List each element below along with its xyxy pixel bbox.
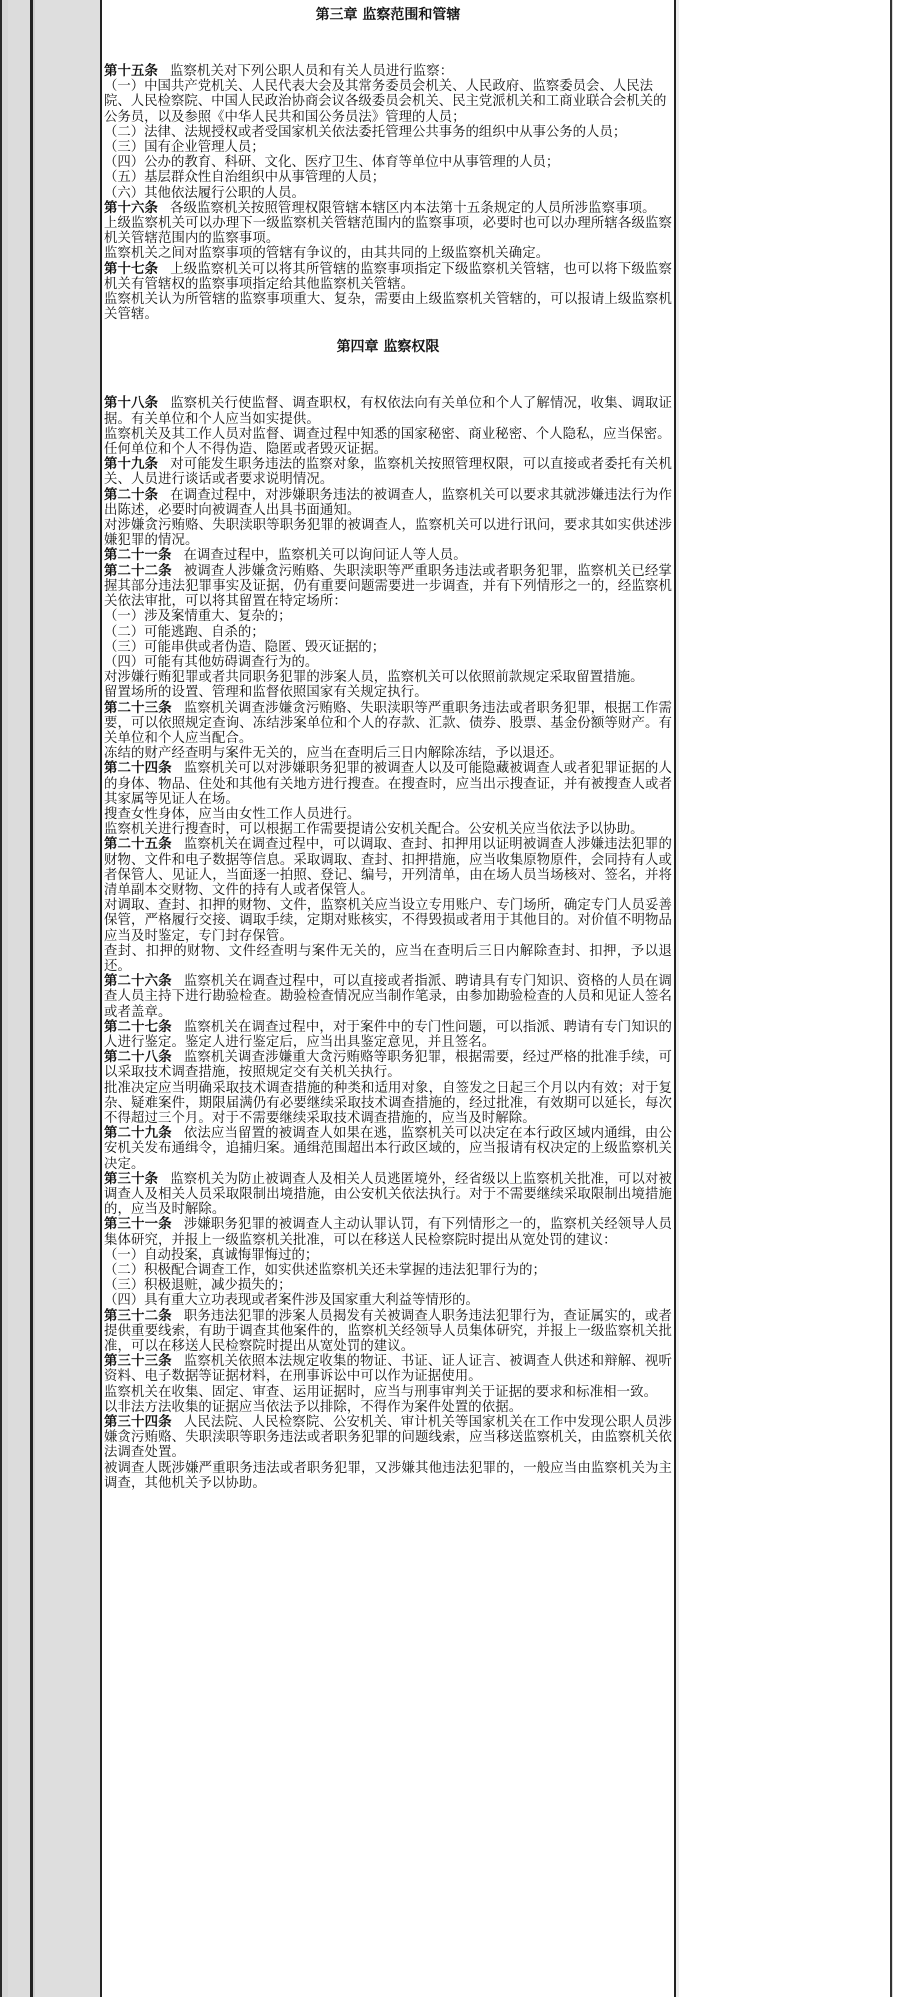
- article-text: 监察机关调查涉嫌贪污贿赂、失职渎职等严重职务违法或者职务犯罪，根据工作需要，可以…: [104, 701, 672, 746]
- article-paragraph: 第二十八条监察机关调查涉嫌重大贪污贿赂等职务犯罪，根据需要，经过严格的批准手续，…: [104, 1050, 672, 1080]
- article-text: 监察机关调查涉嫌重大贪污贿赂等职务犯罪，根据需要，经过严格的批准手续，可以采取技…: [104, 1050, 672, 1080]
- article-paragraph: 第二十六条监察机关在调查过程中，可以直接或者指派、聘请具有专门知识、资格的人员在…: [104, 974, 672, 1020]
- paragraph: 上级监察机关可以办理下一级监察机关管辖范围内的监察事项，必要时也可以办理所辖各级…: [104, 216, 672, 246]
- article-text: 监察机关可以对涉嫌职务犯罪的被调查人以及可能隐藏被调查人或者犯罪证据的人的身体、…: [104, 761, 672, 806]
- article-paragraph: 第十七条上级监察机关可以将其所管辖的监察事项指定下级监察机关管辖，也可以将下级监…: [104, 262, 672, 292]
- paragraph: 留置场所的设置、管理和监督依照国家有关规定执行。: [104, 685, 672, 700]
- chapter-title: 第三章 监察范围和管辖: [104, 4, 672, 26]
- paragraph: 监察机关进行搜查时，可以根据工作需要提请公安机关配合。公安机关应当依法予以协助。: [104, 822, 672, 837]
- paragraph: 监察机关之间对监察事项的管辖有争议的，由其共同的上级监察机关确定。: [104, 246, 672, 261]
- article-text: 职务违法犯罪的涉案人员揭发有关被调查人职务违法犯罪行为，查证属实的，或者提供重要…: [104, 1309, 672, 1354]
- right-edge: [892, 0, 900, 1997]
- list-item: （二）法律、法规授权或者受国家机关依法委托管理公共事务的组织中从事公务的人员；: [104, 125, 672, 140]
- article-paragraph: 第二十五条监察机关在调查过程中，可以调取、查封、扣押用以证明被调查人涉嫌违法犯罪…: [104, 837, 672, 898]
- paragraph: 批准决定应当明确采取技术调查措施的种类和适用对象，自签发之日起三个月以内有效；对…: [104, 1081, 672, 1127]
- paragraph: 查封、扣押的财物、文件经查明与案件无关的，应当在查明后三日内解除查封、扣押，予以…: [104, 944, 672, 974]
- list-item: （三）国有企业管理人员；: [104, 140, 672, 155]
- list-item: （三）积极退赃，减少损失的；: [104, 1278, 672, 1293]
- article-number: 第三十二条: [104, 1309, 172, 1324]
- chapter-body: 第十五条监察机关对下列公职人员和有关人员进行监察：（一）中国共产党机关、人民代表…: [104, 64, 672, 322]
- list-item: （二）可能逃跑、自杀的；: [104, 625, 672, 640]
- article-paragraph: 第二十九条依法应当留置的被调查人如果在逃，监察机关可以决定在本行政区域内通缉，由…: [104, 1126, 672, 1172]
- article-paragraph: 第三十二条职务违法犯罪的涉案人员揭发有关被调查人职务违法犯罪行为，查证属实的，或…: [104, 1309, 672, 1355]
- article-paragraph: 第二十条在调查过程中，对涉嫌职务违法的被调查人，监察机关可以要求其就涉嫌违法行为…: [104, 488, 672, 518]
- list-item: （一）涉及案情重大、复杂的；: [104, 609, 672, 624]
- chapter-title: 第四章 监察权限: [104, 336, 672, 358]
- article-number: 第二十三条: [104, 701, 172, 716]
- article-text: 上级监察机关可以将其所管辖的监察事项指定下级监察机关管辖，也可以将下级监察机关有…: [104, 262, 672, 292]
- article-number: 第十八条: [104, 396, 158, 411]
- paragraph: 搜查女性身体，应当由女性工作人员进行。: [104, 807, 672, 822]
- article-text: 人民法院、人民检察院、公安机关、审计机关等国家机关在工作中发现公职人员涉嫌贪污贿…: [104, 1415, 672, 1460]
- left-border-column: [0, 0, 8, 1997]
- list-item: （一）自动投案，真诚悔罪悔过的；: [104, 1248, 672, 1263]
- article-paragraph: 第二十四条监察机关可以对涉嫌职务犯罪的被调查人以及可能隐藏被调查人或者犯罪证据的…: [104, 761, 672, 807]
- article-paragraph: 第三十一条涉嫌职务犯罪的被调查人主动认罪认罚，有下列情形之一的，监察机关经领导人…: [104, 1217, 672, 1247]
- article-text: 在调查过程中，对涉嫌职务违法的被调查人，监察机关可以要求其就涉嫌违法行为作出陈述…: [104, 488, 672, 518]
- article-text: 监察机关在调查过程中，可以调取、查封、扣押用以证明被调查人涉嫌违法犯罪的财物、文…: [104, 837, 672, 898]
- article-number: 第二十六条: [104, 974, 172, 989]
- article-number: 第二十五条: [104, 837, 172, 852]
- list-item: （六）其他依法履行公职的人员。: [104, 186, 672, 201]
- paragraph: 对涉嫌贪污贿赂、失职渎职等职务犯罪的被调查人，监察机关可以进行讯问，要求其如实供…: [104, 518, 672, 548]
- paragraph: 监察机关在收集、固定、审查、运用证据时，应当与刑事审判关于证据的要求和标准相一致…: [104, 1385, 672, 1400]
- article-paragraph: 第十六条各级监察机关按照管理权限管辖本辖区内本法第十五条规定的人员所涉监察事项。: [104, 201, 672, 216]
- article-paragraph: 第十九条对可能发生职务违法的监察对象，监察机关按照管理权限，可以直接或者委托有关…: [104, 457, 672, 487]
- paragraph: 对调取、查封、扣押的财物、文件，监察机关应当设立专用账户、专门场所，确定专门人员…: [104, 898, 672, 944]
- article-text: 监察机关在调查过程中，对于案件中的专门性问题，可以指派、聘请有专门知识的人进行鉴…: [104, 1020, 672, 1050]
- article-number: 第二十一条: [104, 548, 171, 563]
- article-text: 各级监察机关按照管理权限管辖本辖区内本法第十五条规定的人员所涉监察事项。: [170, 201, 656, 216]
- article-number: 第二十四条: [104, 761, 172, 776]
- list-item: （四）具有重大立功表现或者案件涉及国家重大利益等情形的。: [104, 1293, 672, 1308]
- article-number: 第十七条: [104, 262, 158, 277]
- article-text: 被调查人涉嫌贪污贿赂、失职渎职等严重职务违法或者职务犯罪，监察机关已经掌握其部分…: [104, 564, 672, 609]
- list-item: （四）可能有其他妨碍调查行为的。: [104, 655, 672, 670]
- article-paragraph: 第十五条监察机关对下列公职人员和有关人员进行监察：: [104, 64, 672, 79]
- article-paragraph: 第三十三条监察机关依照本法规定收集的物证、书证、证人证言、被调查人供述和辩解、视…: [104, 1354, 672, 1384]
- article-paragraph: 第二十二条被调查人涉嫌贪污贿赂、失职渎职等严重职务违法或者职务犯罪，监察机关已经…: [104, 564, 672, 610]
- paragraph: 监察机关及其工作人员对监督、调查过程中知悉的国家秘密、商业秘密、个人隐私，应当保…: [104, 427, 672, 442]
- paragraph: 冻结的财产经查明与案件无关的，应当在查明后三日内解除冻结，予以退还。: [104, 746, 672, 761]
- article-number: 第三十条: [104, 1172, 158, 1187]
- list-item: （五）基层群众性自治组织中从事管理的人员；: [104, 170, 672, 185]
- article-number: 第十九条: [104, 457, 158, 472]
- article-paragraph: 第二十七条监察机关在调查过程中，对于案件中的专门性问题，可以指派、聘请有专门知识…: [104, 1020, 672, 1050]
- article-text: 监察机关在调查过程中，可以直接或者指派、聘请具有专门知识、资格的人员在调查人员主…: [104, 974, 672, 1019]
- chapter-body: 第十八条监察机关行使监督、调查职权，有权依法向有关单位和个人了解情况，收集、调取…: [104, 396, 672, 1491]
- paragraph: 监察机关认为所管辖的监察事项重大、复杂，需要由上级监察机关管辖的，可以报请上级监…: [104, 292, 672, 322]
- chapter-3: 第三章 监察范围和管辖 第十五条监察机关对下列公职人员和有关人员进行监察：（一）…: [104, 4, 672, 322]
- paragraph: 被调查人既涉嫌严重职务违法或者职务犯罪，又涉嫌其他违法犯罪的，一般应当由监察机关…: [104, 1461, 672, 1491]
- article-text: 监察机关依照本法规定收集的物证、书证、证人证言、被调查人供述和辩解、视听资料、电…: [104, 1354, 672, 1384]
- law-text-cell: 第三章 监察范围和管辖 第十五条监察机关对下列公职人员和有关人员进行监察：（一）…: [102, 0, 676, 1997]
- article-number: 第二十七条: [104, 1020, 172, 1035]
- article-number: 第二十二条: [104, 564, 172, 579]
- list-item: （四）公办的教育、科研、文化、医疗卫生、体育等单位中从事管理的人员；: [104, 155, 672, 170]
- empty-right-column: [676, 0, 892, 1997]
- article-number: 第三十四条: [104, 1415, 172, 1430]
- paragraph: 以非法方法收集的证据应当依法予以排除，不得作为案件处置的依据。: [104, 1400, 672, 1415]
- paragraph: 对涉嫌行贿犯罪或者共同职务犯罪的涉案人员，监察机关可以依照前款规定采取留置措施。: [104, 670, 672, 685]
- row-header-column: [8, 0, 33, 1997]
- article-paragraph: 第二十一条在调查过程中，监察机关可以询问证人等人员。: [104, 548, 672, 563]
- article-text: 在调查过程中，监察机关可以询问证人等人员。: [183, 548, 466, 563]
- article-number: 第十六条: [104, 201, 158, 216]
- article-number: 第三十一条: [104, 1217, 172, 1232]
- article-number: 第十五条: [104, 64, 158, 79]
- article-text: 依法应当留置的被调查人如果在逃，监察机关可以决定在本行政区域内通缉，由公安机关发…: [104, 1126, 672, 1171]
- article-number: 第三十三条: [104, 1354, 172, 1369]
- article-text: 涉嫌职务犯罪的被调查人主动认罪认罚，有下列情形之一的，监察机关经领导人员集体研究…: [104, 1217, 672, 1247]
- article-text: 监察机关对下列公职人员和有关人员进行监察：: [170, 64, 453, 79]
- paragraph: 任何单位和个人不得伪造、隐匿或者毁灭证据。: [104, 442, 672, 457]
- article-paragraph: 第三十四条人民法院、人民检察院、公安机关、审计机关等国家机关在工作中发现公职人员…: [104, 1415, 672, 1461]
- list-item: （三）可能串供或者伪造、隐匿、毁灭证据的；: [104, 640, 672, 655]
- article-number: 第二十条: [104, 488, 158, 503]
- article-paragraph: 第三十条监察机关为防止被调查人及相关人员逃匿境外，经省级以上监察机关批准，可以对…: [104, 1172, 672, 1218]
- article-text: 监察机关为防止被调查人及相关人员逃匿境外，经省级以上监察机关批准，可以对被调查人…: [104, 1172, 672, 1217]
- list-item: （一）中国共产党机关、人民代表大会及其常务委员会机关、人民政府、监察委员会、人民…: [104, 79, 672, 125]
- article-text: 监察机关行使监督、调查职权，有权依法向有关单位和个人了解情况，收集、调取证据。有…: [104, 396, 672, 426]
- article-text: 对可能发生职务违法的监察对象，监察机关按照管理权限，可以直接或者委托有关机关、人…: [104, 457, 672, 487]
- article-paragraph: 第十八条监察机关行使监督、调查职权，有权依法向有关单位和个人了解情况，收集、调取…: [104, 396, 672, 426]
- article-number: 第二十八条: [104, 1050, 172, 1065]
- article-number: 第二十九条: [104, 1126, 172, 1141]
- chapter-4: 第四章 监察权限 第十八条监察机关行使监督、调查职权，有权依法向有关单位和个人了…: [104, 336, 672, 1491]
- label-column: [33, 0, 102, 1997]
- list-item: （二）积极配合调查工作，如实供述监察机关还未掌握的违法犯罪行为的；: [104, 1263, 672, 1278]
- article-paragraph: 第二十三条监察机关调查涉嫌贪污贿赂、失职渎职等严重职务违法或者职务犯罪，根据工作…: [104, 701, 672, 747]
